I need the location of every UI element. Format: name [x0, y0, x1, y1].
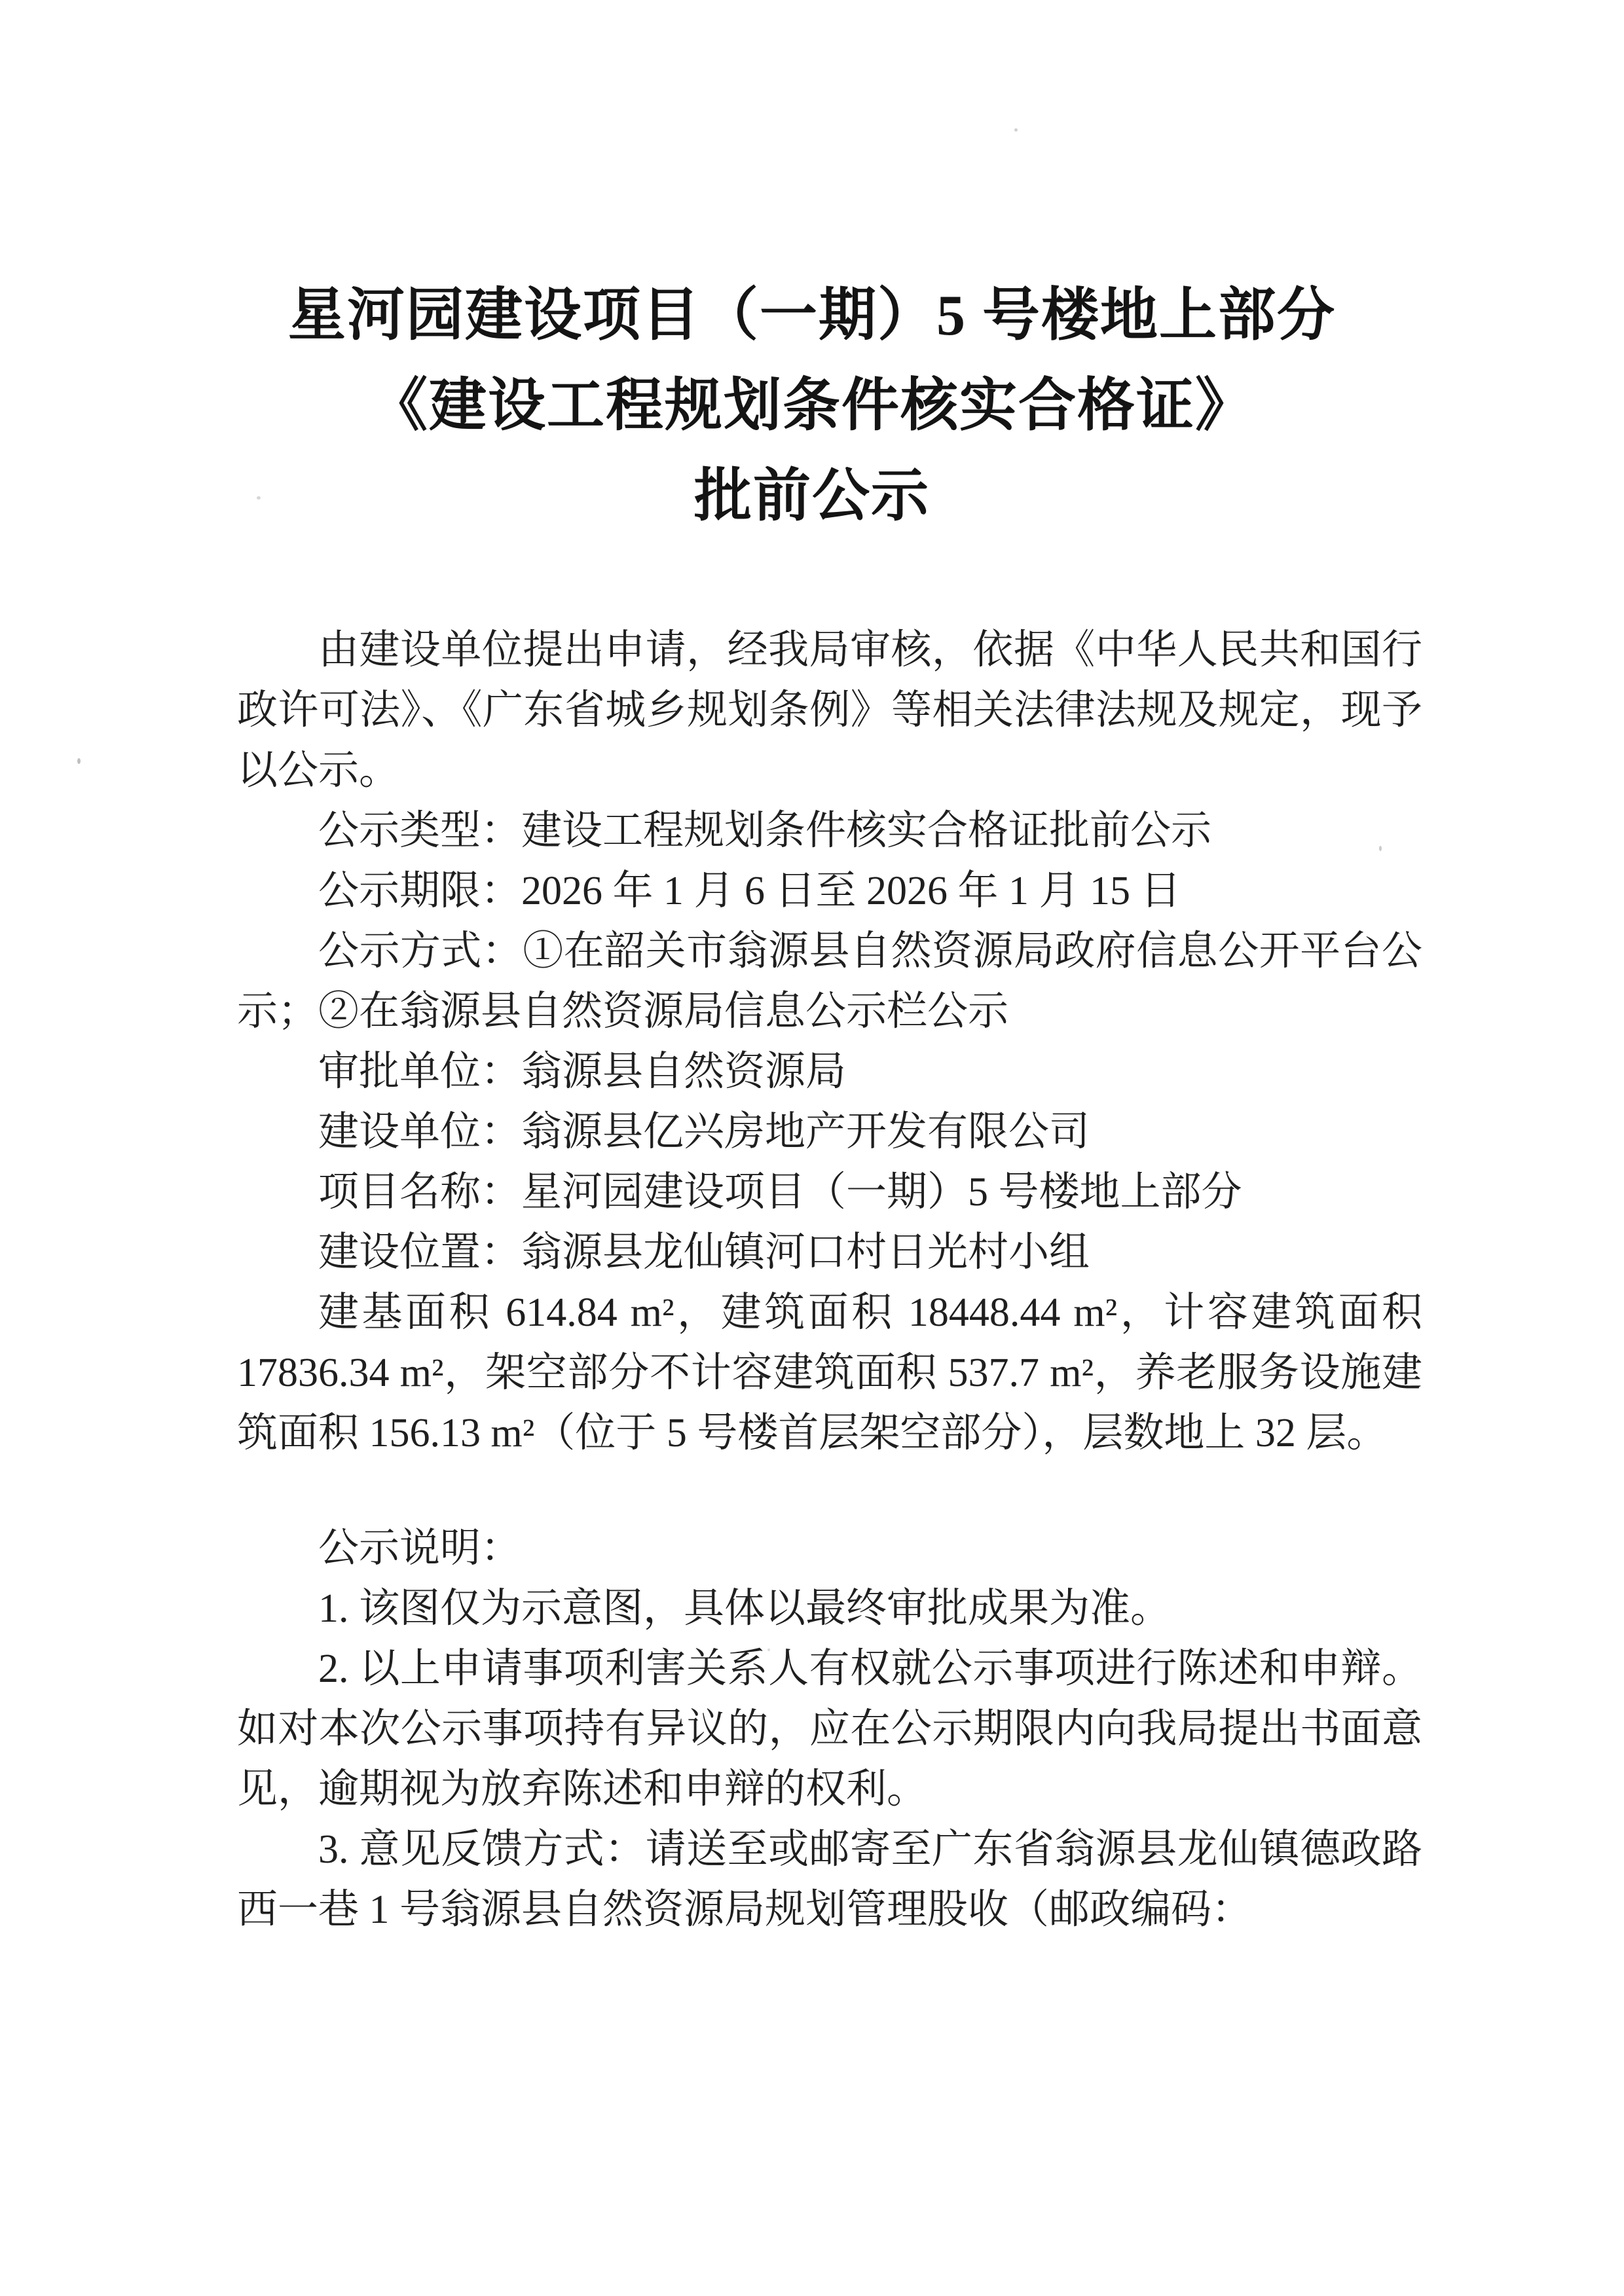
para-construction-unit: 建设单位：翁源县亿兴房地产开发有限公司	[237, 1102, 1422, 1162]
para-notice-period: 公示期限：2026 年 1 月 6 日至 2026 年 1 月 15 日	[237, 861, 1422, 921]
scan-noise-speck	[1379, 846, 1382, 851]
para-notice-method: 公示方式：①在韶关市翁源县自然资源局政府信息公开平台公示；②在翁源县自然资源局信…	[237, 921, 1422, 1042]
para-note-1: 1. 该图仅为示意图，具体以最终审批成果为准。	[237, 1578, 1422, 1639]
para-approval-unit: 审批单位：翁源县自然资源局	[237, 1042, 1422, 1102]
title-line-3: 批前公示	[0, 452, 1624, 542]
scan-noise-speck	[767, 1649, 770, 1651]
document-page: 星河园建设项目（一期）5 号楼地上部分 《建设工程规划条件核实合格证》 批前公示…	[0, 0, 1624, 2296]
para-areas: 建基面积 614.84 m²，建筑面积 18448.44 m²，计容建筑面积 1…	[237, 1283, 1422, 1463]
para-notes-heading: 公示说明：	[237, 1518, 1422, 1578]
scan-noise-speck	[1014, 128, 1018, 132]
para-note-3: 3. 意见反馈方式：请送至或邮寄至广东省翁源县龙仙镇德政路西一巷 1 号翁源县自…	[237, 1819, 1422, 1940]
scan-noise-speck	[77, 758, 81, 764]
scan-noise-speck	[257, 496, 261, 500]
para-notice-type: 公示类型：建设工程规划条件核实合格证批前公示	[237, 801, 1422, 861]
para-note-2: 2. 以上申请事项利害关系人有权就公示事项进行陈述和申辩。如对本次公示事项持有异…	[237, 1639, 1422, 1819]
title-line-2: 《建设工程规划条件核实合格证》	[0, 361, 1624, 452]
para-location: 建设位置：翁源县龙仙镇河口村日光村小组	[237, 1222, 1422, 1283]
para-intro: 由建设单位提出申请，经我局审核，依据《中华人民共和国行政许可法》、《广东省城乡规…	[237, 620, 1422, 801]
document-body: 由建设单位提出申请，经我局审核，依据《中华人民共和国行政许可法》、《广东省城乡规…	[237, 620, 1422, 1940]
document-title: 星河园建设项目（一期）5 号楼地上部分 《建设工程规划条件核实合格证》 批前公示	[0, 271, 1624, 542]
para-project-name: 项目名称：星河园建设项目（一期）5 号楼地上部分	[237, 1162, 1422, 1222]
title-line-1: 星河园建设项目（一期）5 号楼地上部分	[0, 271, 1624, 361]
